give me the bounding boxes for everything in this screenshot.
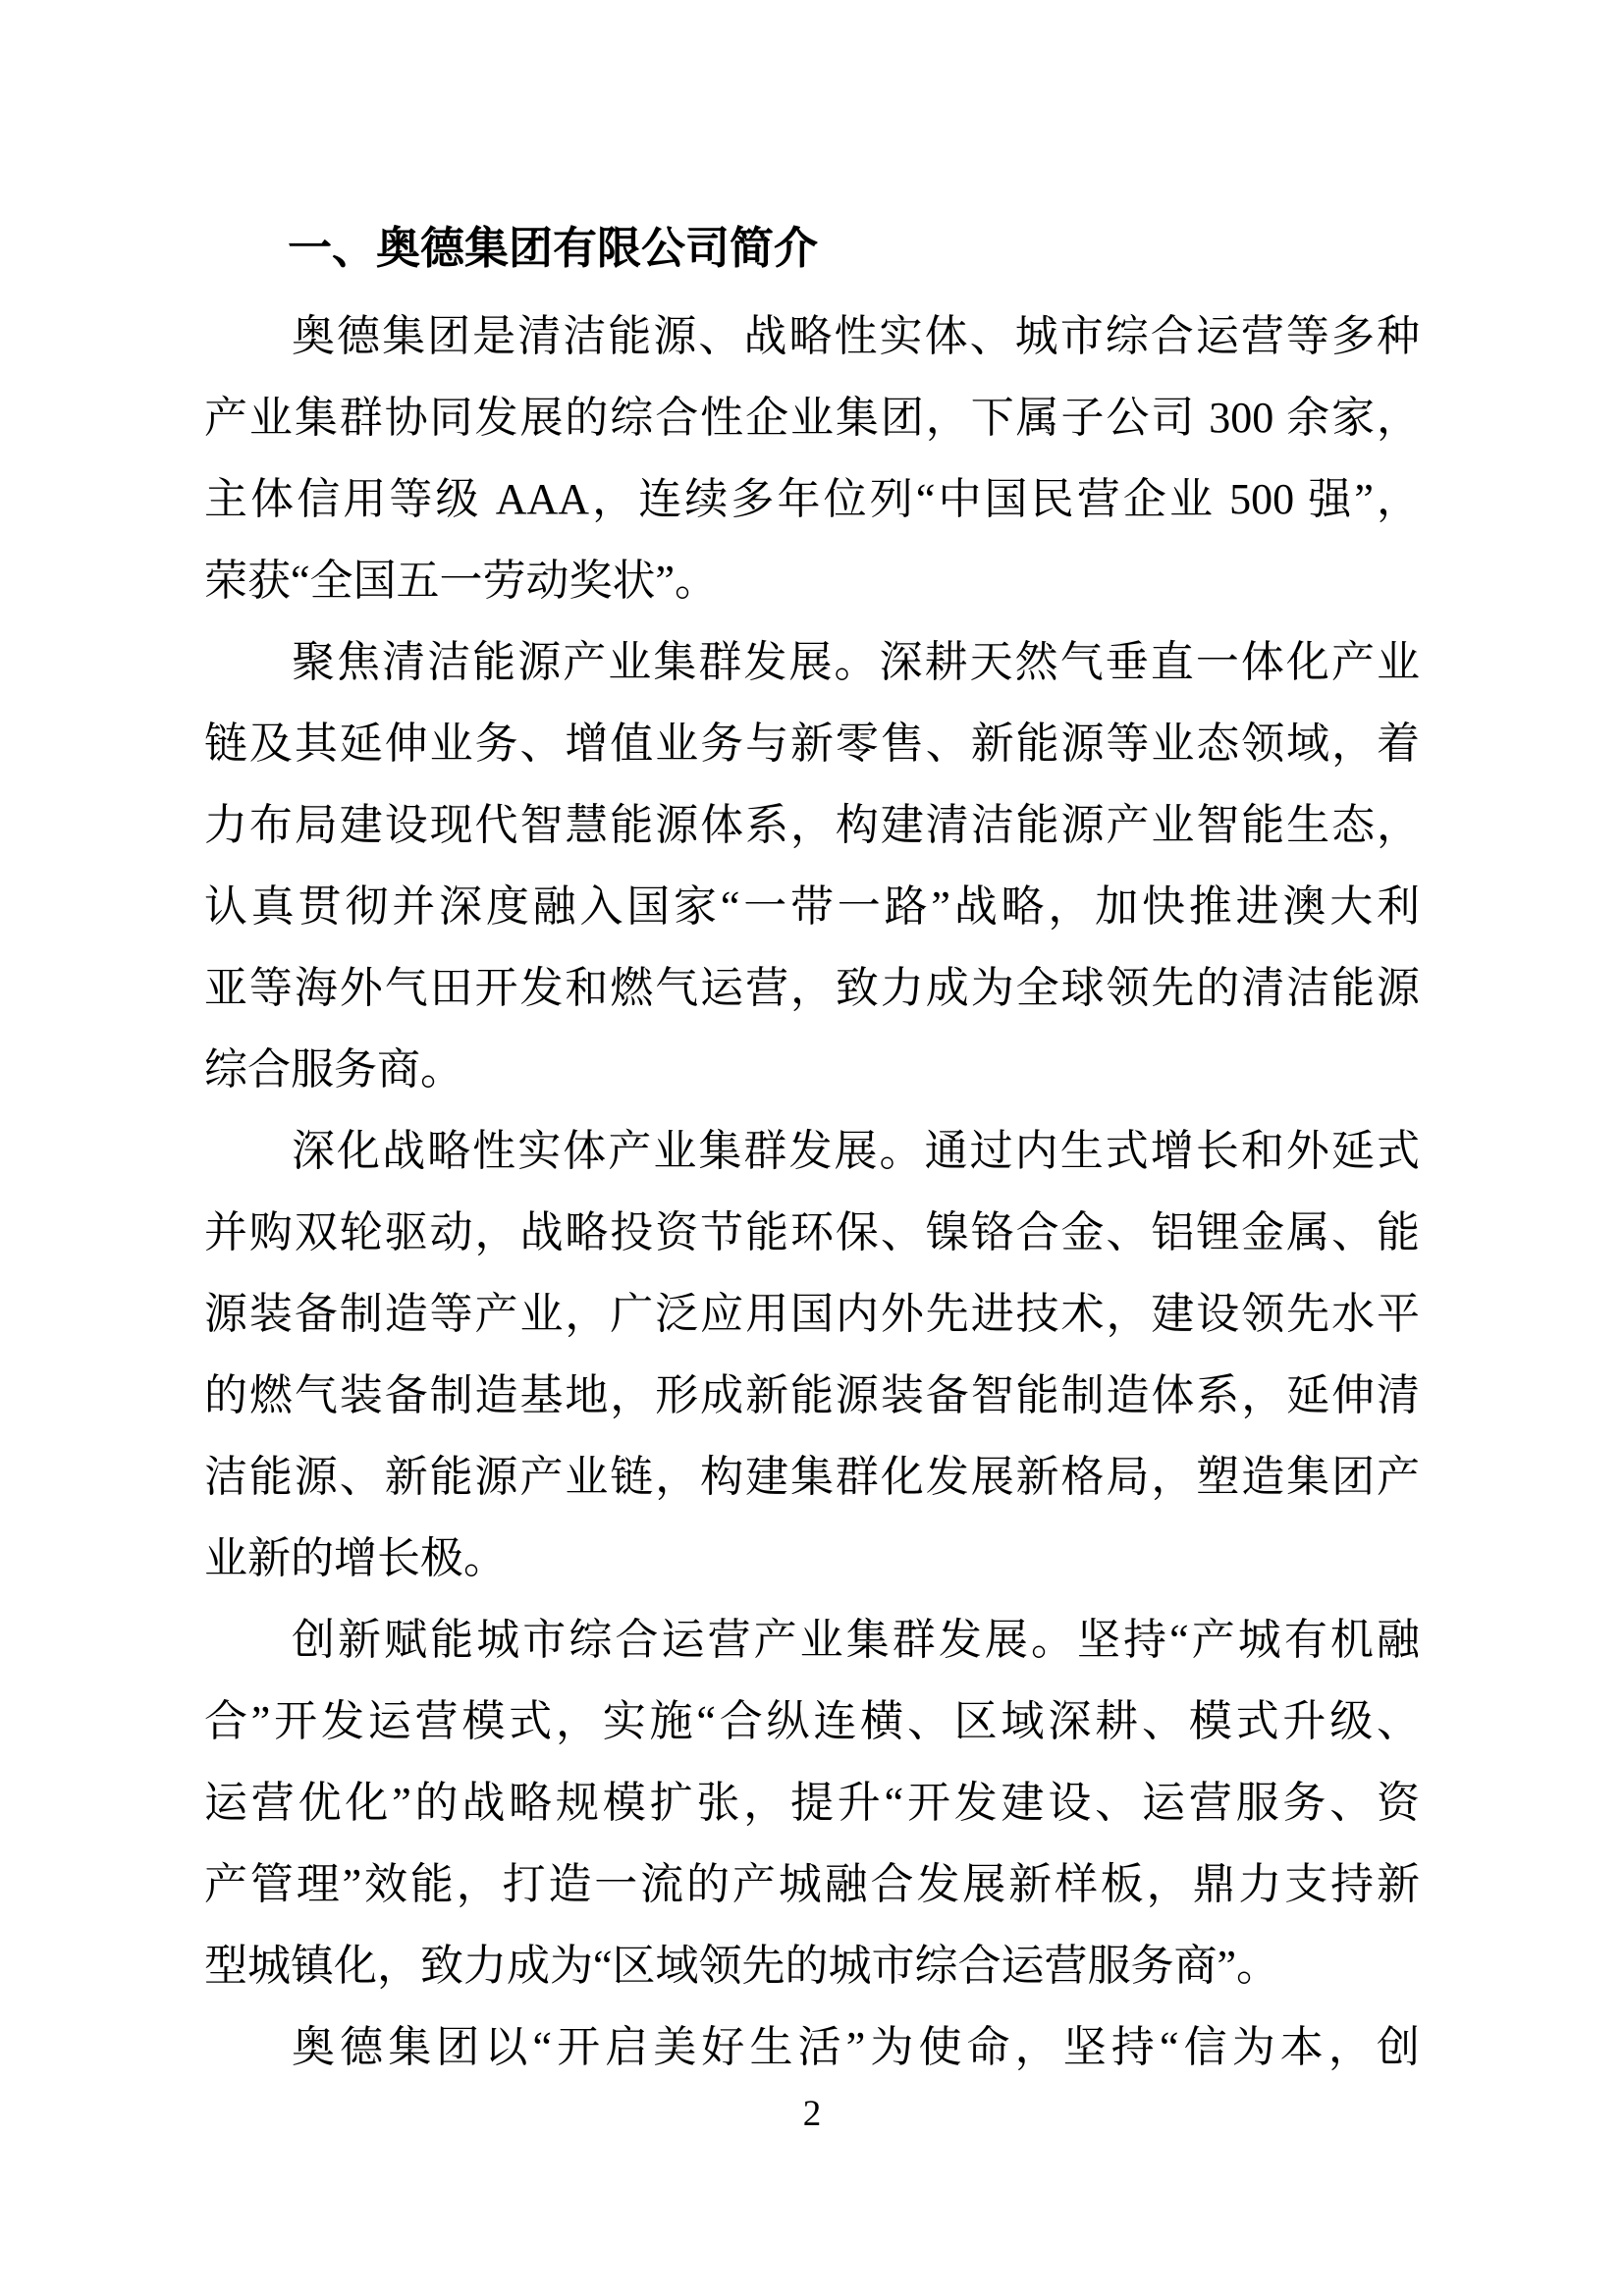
text-line: 深化战略性实体产业集群发展。通过内生式增长和外延式 [204,1110,1420,1192]
text-line: 认真贯彻并深度融入国家“一带一路”战略，加快推进澳大利 [204,866,1420,947]
document-body: 奥德集团是清洁能源、战略性实体、城市综合运营等多种产业集群协同发展的综合性企业集… [204,295,1420,2088]
text-line: 合”开发运营模式，实施“合纵连横、区域深耕、模式升级、 [204,1681,1420,1762]
page-number: 2 [0,2089,1624,2140]
text-line: 业新的增长极。 [204,1518,1420,1599]
document-content: 一、奥德集团有限公司简介 奥德集团是清洁能源、战略性实体、城市综合运营等多种产业… [204,201,1420,2088]
text-line: 产管理”效能，打造一流的产城融合发展新样板，鼎力支持新 [204,1843,1420,1925]
text-line: 洁能源、新能源产业链，构建集群化发展新格局，塑造集团产 [204,1436,1420,1518]
text-line: 主体信用等级 AAA，连续多年位列“中国民营企业 500 强”， [204,458,1420,540]
text-line: 奥德集团以“开启美好生活”为使命，坚持“信为本，创 [204,2006,1420,2088]
text-line: 亚等海外气田开发和燃气运营，致力成为全球领先的清洁能源 [204,947,1420,1029]
text-line: 运营优化”的战略规模扩张，提升“开发建设、运营服务、资 [204,1762,1420,1843]
paragraph: 奥德集团是清洁能源、战略性实体、城市综合运营等多种产业集群协同发展的综合性企业集… [204,295,1420,621]
paragraph: 创新赋能城市综合运营产业集群发展。坚持“产城有机融合”开发运营模式，实施“合纵连… [204,1599,1420,2006]
text-line: 力布局建设现代智慧能源体系，构建清洁能源产业智能生态， [204,784,1420,866]
text-line: 产业集群协同发展的综合性企业集团，下属子公司 300 余家， [204,377,1420,458]
text-line: 创新赋能城市综合运营产业集群发展。坚持“产城有机融 [204,1599,1420,1681]
paragraph: 聚焦清洁能源产业集群发展。深耕天然气垂直一体化产业链及其延伸业务、增值业务与新零… [204,621,1420,1110]
text-line: 综合服务商。 [204,1029,1420,1110]
text-line: 聚焦清洁能源产业集群发展。深耕天然气垂直一体化产业 [204,621,1420,703]
text-line: 链及其延伸业务、增值业务与新零售、新能源等业态领域，着 [204,703,1420,784]
paragraph: 深化战略性实体产业集群发展。通过内生式增长和外延式并购双轮驱动，战略投资节能环保… [204,1110,1420,1599]
section-heading: 一、奥德集团有限公司简介 [204,201,1420,295]
paragraph: 奥德集团以“开启美好生活”为使命，坚持“信为本，创 [204,2006,1420,2088]
text-line: 的燃气装备制造基地，形成新能源装备智能制造体系，延伸清 [204,1355,1420,1436]
text-line: 型城镇化，致力成为“区域领先的城市综合运营服务商”。 [204,1925,1420,2006]
text-line: 源装备制造等产业，广泛应用国内外先进技术，建设领先水平 [204,1273,1420,1355]
text-line: 并购双轮驱动，战略投资节能环保、镍铬合金、铝锂金属、能 [204,1192,1420,1273]
text-line: 奥德集团是清洁能源、战略性实体、城市综合运营等多种 [204,295,1420,377]
document-page: 一、奥德集团有限公司简介 奥德集团是清洁能源、战略性实体、城市综合运营等多种产业… [0,0,1624,2296]
text-line: 荣获“全国五一劳动奖状”。 [204,540,1420,621]
